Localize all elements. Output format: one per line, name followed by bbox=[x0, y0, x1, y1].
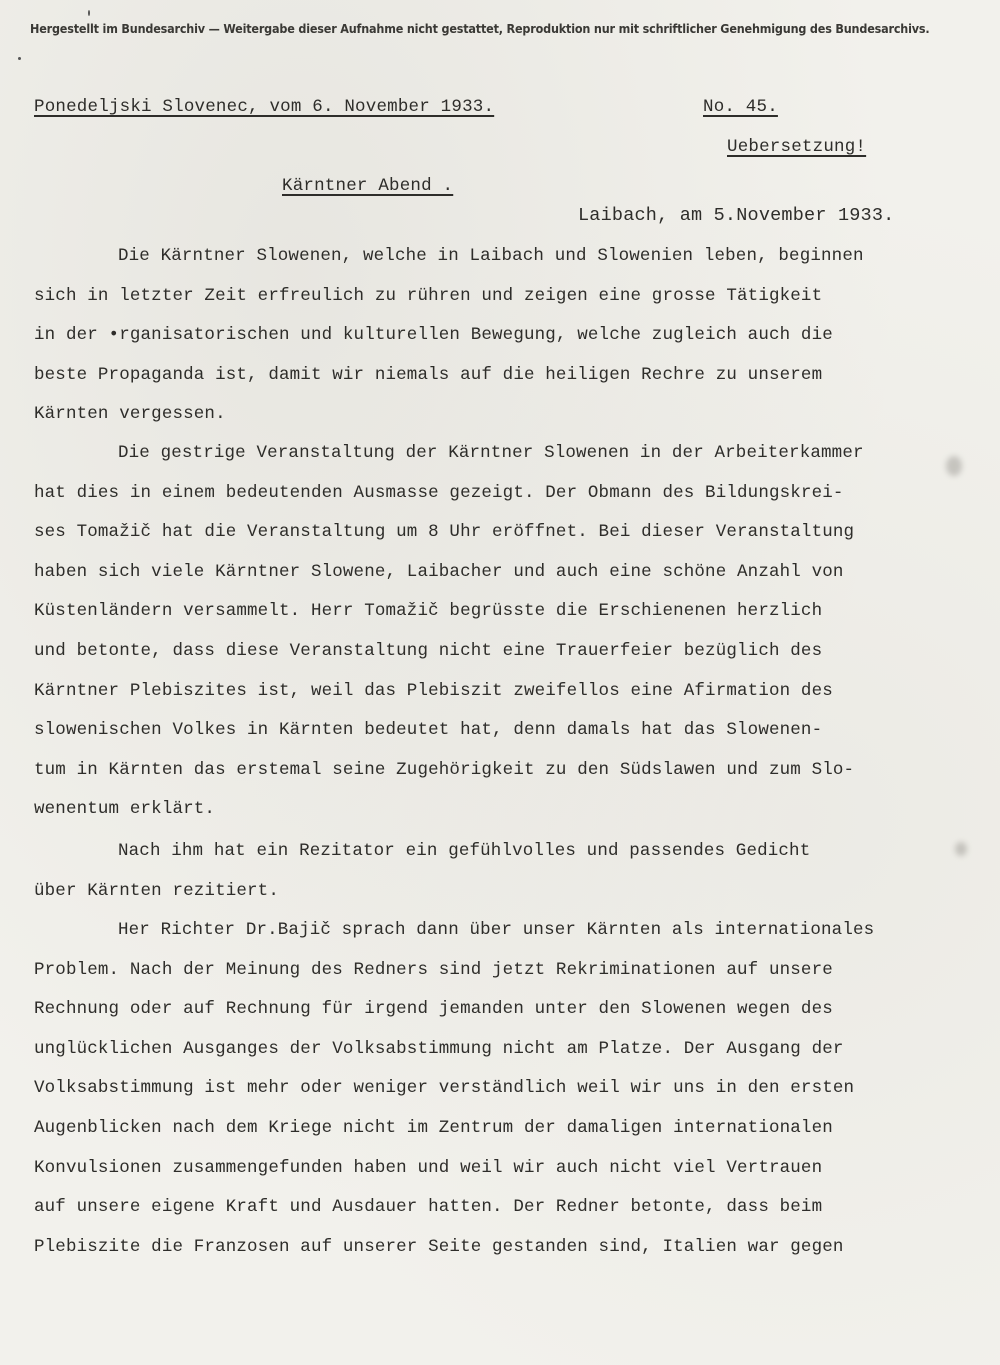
text-line: Rechnung oder auf Rechnung für irgend je… bbox=[34, 990, 984, 1030]
document-page: Hergestellt im Bundesarchiv — Weitergabe… bbox=[0, 0, 1000, 1365]
text-line: tum in Kärnten das erstemal seine Zugehö… bbox=[34, 751, 984, 791]
text-line: Konvulsionen zusammengefunden haben und … bbox=[34, 1149, 984, 1189]
text-line: Problem. Nach der Meinung des Redners si… bbox=[34, 951, 984, 991]
paragraph-3: Nach ihm hat ein Rezitator ein gefühlvol… bbox=[34, 832, 984, 911]
text-line: hat dies in einem bedeutenden Ausmasse g… bbox=[34, 474, 984, 514]
text-line: wenentum erklärt. bbox=[34, 790, 984, 830]
article-title: Kärntner Abend . bbox=[282, 176, 453, 196]
text-line: slowenischen Volkes in Kärnten bedeutet … bbox=[34, 711, 984, 751]
text-line: Die gestrige Veranstaltung der Kärntner … bbox=[34, 434, 984, 474]
paragraph-1: Die Kärntner Slowenen, welche in Laibach… bbox=[34, 237, 984, 435]
text-line: haben sich viele Kärntner Slowene, Laiba… bbox=[34, 553, 984, 593]
text-line: unglücklichen Ausganges der Volksabstimm… bbox=[34, 1030, 984, 1070]
text-line: Her Richter Dr.Bajič sprach dann über un… bbox=[34, 911, 984, 951]
text-line: in der •rganisatorischen und kulturellen… bbox=[34, 316, 984, 356]
scan-mark bbox=[18, 57, 21, 60]
paragraph-2: Die gestrige Veranstaltung der Kärntner … bbox=[34, 434, 984, 830]
text-line: Volksabstimmung ist mehr oder weniger ve… bbox=[34, 1069, 984, 1109]
text-line: Augenblicken nach dem Kriege nicht im Ze… bbox=[34, 1109, 984, 1149]
dateline: Laibach, am 5.November 1933. bbox=[578, 205, 894, 226]
text-line: und betonte, dass diese Veranstaltung ni… bbox=[34, 632, 984, 672]
scan-mark bbox=[88, 10, 90, 16]
text-line: Küstenländern versammelt. Herr Tomažič b… bbox=[34, 592, 984, 632]
text-line: über Kärnten rezitiert. bbox=[34, 872, 984, 912]
text-line: sich in letzter Zeit erfreulich zu rühre… bbox=[34, 277, 984, 317]
text-line: ses Tomažič hat die Veranstaltung um 8 U… bbox=[34, 513, 984, 553]
text-line: Kärntner Plebiszites ist, weil das Plebi… bbox=[34, 672, 984, 712]
text-line: Kärnten vergessen. bbox=[34, 395, 984, 435]
archive-notice: Hergestellt im Bundesarchiv — Weitergabe… bbox=[30, 22, 913, 36]
text-line: beste Propaganda ist, damit wir niemals … bbox=[34, 356, 984, 396]
source-citation: Ponedeljski Slovenec, vom 6. November 19… bbox=[34, 97, 494, 117]
paragraph-4: Her Richter Dr.Bajič sprach dann über un… bbox=[34, 911, 984, 1267]
text-line: Die Kärntner Slowenen, welche in Laibach… bbox=[34, 237, 984, 277]
translation-label: Uebersetzung! bbox=[727, 137, 866, 157]
text-line: Plebiszite die Franzosen auf unserer Sei… bbox=[34, 1228, 984, 1268]
document-number: No. 45. bbox=[703, 97, 778, 117]
text-line: Nach ihm hat ein Rezitator ein gefühlvol… bbox=[34, 832, 984, 872]
text-line: auf unsere eigene Kraft und Ausdauer hat… bbox=[34, 1188, 984, 1228]
